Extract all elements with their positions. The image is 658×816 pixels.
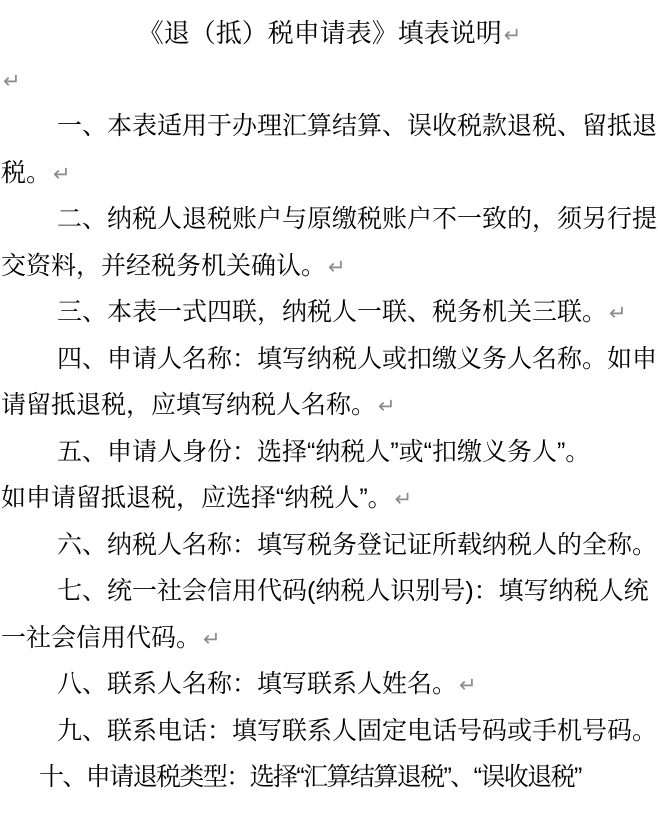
paragraph-line: 三、本表一式四联，纳税人一联、税务机关三联。↵: [1, 289, 658, 336]
paragraph-mark: ↵: [1, 69, 21, 93]
paragraph-line: 七、统一社会信用代码(纳税人识别号)：填写纳税人统↵: [1, 568, 658, 615]
paragraph-line: 交资料，并经税务机关确认。↵: [1, 243, 658, 290]
paragraph-line: 八、联系人名称：填写联系人姓名。↵: [1, 661, 658, 708]
paragraph-line: 六、纳税人名称：填写税务登记证所载纳税人的全称。↵: [1, 522, 658, 569]
paragraph-mark: ↵: [201, 627, 221, 651]
line-text: 一、本表适用于办理汇算结算、误收税款退税、留抵退: [57, 112, 657, 140]
line-text: 请留抵退税，应填写纳税人名称。: [1, 391, 376, 419]
line-text: 六、纳税人名称：填写税务登记证所载纳税人的全称。: [57, 531, 657, 559]
paragraph-mark: ↵: [51, 162, 71, 186]
line-text: 七、统一社会信用代码(纳税人识别号)：填写纳税人统: [57, 577, 649, 605]
paragraph-mark: ↵: [376, 394, 396, 418]
paragraph-line: ↵: [1, 57, 658, 104]
paragraph-line: 税。↵: [1, 150, 658, 197]
paragraph-line: 四、申请人名称：填写纳税人或扣缴义务人名称。如申↵: [1, 336, 658, 383]
line-text: 税。: [1, 159, 51, 187]
paragraph-line: 二、纳税人退税账户与原缴税账户不一致的，须另行提↵: [1, 196, 658, 243]
line-text: 九、联系电话：填写联系人固定电话号码或手机号码。: [57, 717, 657, 745]
paragraph-line: 一、本表适用于办理汇算结算、误收税款退税、留抵退↵: [1, 103, 658, 150]
paragraph-mark: ↵: [393, 487, 413, 511]
title-text: 《退（抵）税申请表》填表说明: [138, 18, 502, 48]
line-text: 三、本表一式四联，纳税人一联、税务机关三联。: [57, 298, 607, 326]
paragraph-mark: ↵: [326, 255, 346, 279]
line-text: 八、联系人名称：填写联系人姓名。: [57, 670, 457, 698]
paragraph-line: 请留抵退税，应填写纳税人名称。↵: [1, 382, 658, 429]
paragraph-line: 一社会信用代码。↵: [1, 615, 658, 662]
paragraph-line: 如申请留抵退税，应选择“纳税人”。↵: [1, 475, 658, 522]
paragraph-line: 五、申请人身份：选择“纳税人”或“扣缴义务人”。↵: [1, 429, 658, 476]
paragraph-mark: ↵: [607, 301, 627, 325]
line-text: 四、申请人名称：填写纳税人或扣缴义务人名称。如申: [57, 345, 657, 373]
page-title: 《退（抵）税申请表》填表说明↵: [1, 10, 658, 57]
paragraph-mark: ↵: [502, 23, 522, 47]
line-text: 如申请留抵退税，应选择“纳税人”。: [1, 484, 393, 512]
line-text: 一社会信用代码。: [1, 624, 201, 652]
document-page[interactable]: 《退（抵）税申请表》填表说明↵ ↵ 一、本表适用于办理汇算结算、误收税款退税、留…: [0, 0, 658, 816]
line-text: 二、纳税人退税账户与原缴税账户不一致的，须另行提: [57, 205, 657, 233]
line-text: 五、申请人身份：选择“纳税人”或“扣缴义务人”。: [57, 438, 590, 466]
line-text: 交资料，并经税务机关确认。: [1, 252, 326, 280]
paragraph-line: 九、联系电话：填写联系人固定电话号码或手机号码。↵: [1, 708, 658, 755]
paragraph-mark: ↵: [457, 673, 477, 697]
line-text: 十、申请退税类型：选择“汇算结算退税”、“误收退税”: [39, 763, 581, 791]
paragraph-line: 十、申请退税类型：选择“汇算结算退税”、“误收退税”↵: [1, 754, 658, 801]
